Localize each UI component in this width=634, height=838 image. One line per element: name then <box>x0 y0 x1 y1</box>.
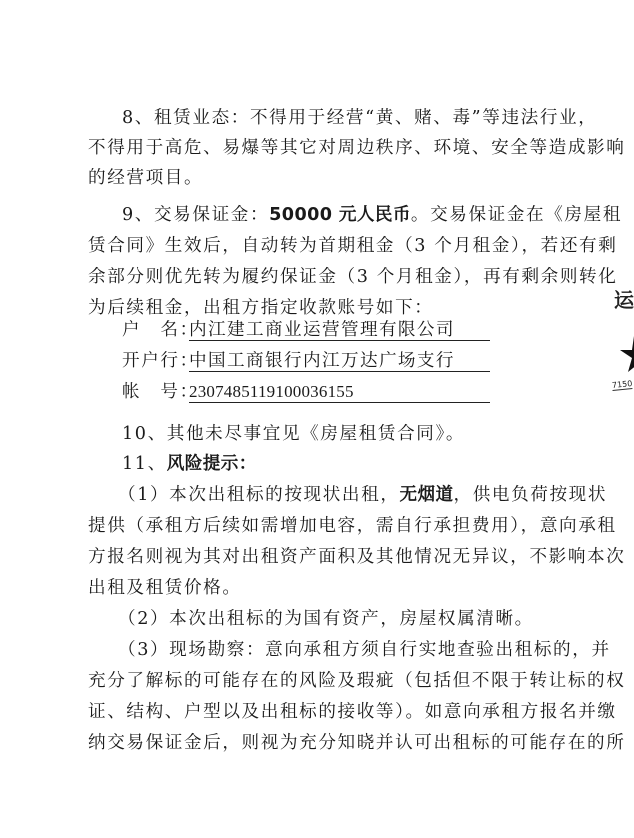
item9-label: 9、交易保证金： <box>122 205 269 225</box>
sub3-line2: 充分了解标的可能存在的风险及瑕疵（包括但不限于转让标的权 <box>88 671 578 691</box>
item8-line3: 的经营项目。 <box>88 168 578 188</box>
account-name-value: 内江建工商业运营管理有限公司 <box>189 320 490 341</box>
deposit-amount: 50000 元人民币 <box>269 205 411 225</box>
item11-heading: 11、风险提示： <box>122 454 612 474</box>
star-icon <box>608 334 634 374</box>
item9-line1-suffix: 。交易保证金在《房屋租 <box>411 205 622 225</box>
account-name-row: 户 名： 内江建工商业运营管理有限公司 <box>122 320 188 342</box>
item8-line1: 8、租赁业态：不得用于经营“黄、赌、毒”等违法行业， <box>122 108 612 128</box>
sub1-suffix: ，供电负荷按现状 <box>454 485 608 505</box>
sub1-line1: （1）本次出租标的按现状出租，无烟道，供电负荷按现状 <box>118 485 608 505</box>
item9-line1: 9、交易保证金：50000 元人民币。交易保证金在《房屋租 <box>122 205 612 225</box>
document-page: 8、租赁业态：不得用于经营“黄、赌、毒”等违法行业， 不得用于高危、易爆等其它对… <box>0 0 634 838</box>
item11-number: 11、 <box>122 454 167 474</box>
bank-row: 开户行： 中国工商银行内江万达广场支行 <box>122 351 188 373</box>
bank-value: 中国工商银行内江万达广场支行 <box>189 351 490 372</box>
sub3-line4: 纳交易保证金后，则视为充分知晓并认可出租标的可能存在的所 <box>88 733 578 753</box>
sub1-line3: 方报名则视为其对出租资产面积及其他情况无异议，不影响本次 <box>88 547 578 567</box>
sub1-prefix: （1）本次出租标的按现状出租， <box>118 485 400 505</box>
seal-number: 7150 <box>612 379 633 391</box>
item10: 10、其他未尽事宜见《房屋租赁合同》。 <box>122 424 612 444</box>
sub3-line1: （3）现场勘察：意向承租方须自行实地查验出租标的，并 <box>118 640 608 660</box>
bank-label: 开户行： <box>122 351 188 371</box>
item8-line2: 不得用于高危、易爆等其它对周边秩序、环境、安全等造成影响 <box>88 138 578 158</box>
seal-char: 运 <box>614 284 634 313</box>
no-chimney-text: 无烟道 <box>400 485 454 505</box>
account-number-row: 帐 号： 2307485119100036155 <box>122 382 188 404</box>
account-number-label: 帐 号： <box>122 382 188 402</box>
account-name-label: 户 名： <box>122 320 188 340</box>
sub2: （2）本次出租标的为国有资产，房屋权属清晰。 <box>118 609 608 629</box>
sub1-line4: 出租及租赁价格。 <box>88 578 578 598</box>
item11-title: 风险提示： <box>167 454 257 474</box>
official-seal-partial: 运 7150 <box>608 284 634 414</box>
sub1-line2: 提供（承租方后续如需增加电容，需自行承担费用），意向承租 <box>88 516 578 536</box>
item9-line4: 为后续租金，出租方指定收款账号如下： <box>88 298 578 318</box>
sub3-line3: 证、结构、户型以及出租标的接收等）。如意向承租方报名并缴 <box>88 702 578 722</box>
account-number-value: 2307485119100036155 <box>189 382 490 403</box>
item9-line2: 赁合同》生效后，自动转为首期租金（3 个月租金），若还有剩 <box>88 236 578 256</box>
item9-line3: 余部分则优先转为履约保证金（3 个月租金），再有剩余则转化 <box>88 267 578 287</box>
